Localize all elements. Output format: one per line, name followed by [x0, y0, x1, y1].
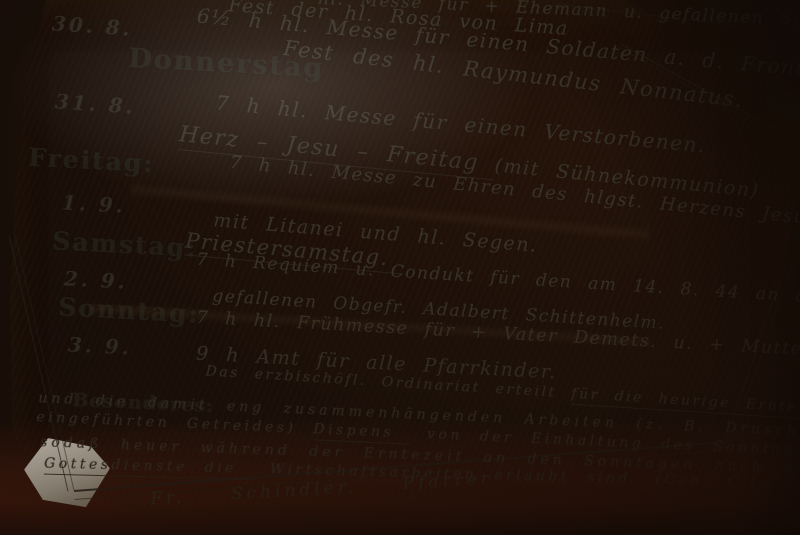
underlined-gottesdienste: Gottesdienste die — [44, 456, 253, 480]
day-label-sonntag: Sonntag: — [57, 292, 200, 328]
day-label-freitag: Freitag: — [27, 143, 155, 179]
date-3-9: 3. 9. — [67, 332, 132, 359]
date-31-8: 31. 8. — [54, 89, 136, 119]
document-content: hl. Messe für + Ehemann u. gefallenen So… — [0, 0, 800, 535]
photo-of-parish-announcement: hl. Messe für + Ehemann u. gefallenen So… — [0, 0, 800, 535]
day-label-samstag: Samstag: — [51, 226, 198, 263]
underlined-dispens: Dispens — [313, 421, 411, 444]
date-2-9: 2. 9. — [63, 266, 128, 293]
date-30-8: 30. 8. — [51, 11, 133, 41]
date-1-9: 1. 9. — [61, 190, 126, 217]
